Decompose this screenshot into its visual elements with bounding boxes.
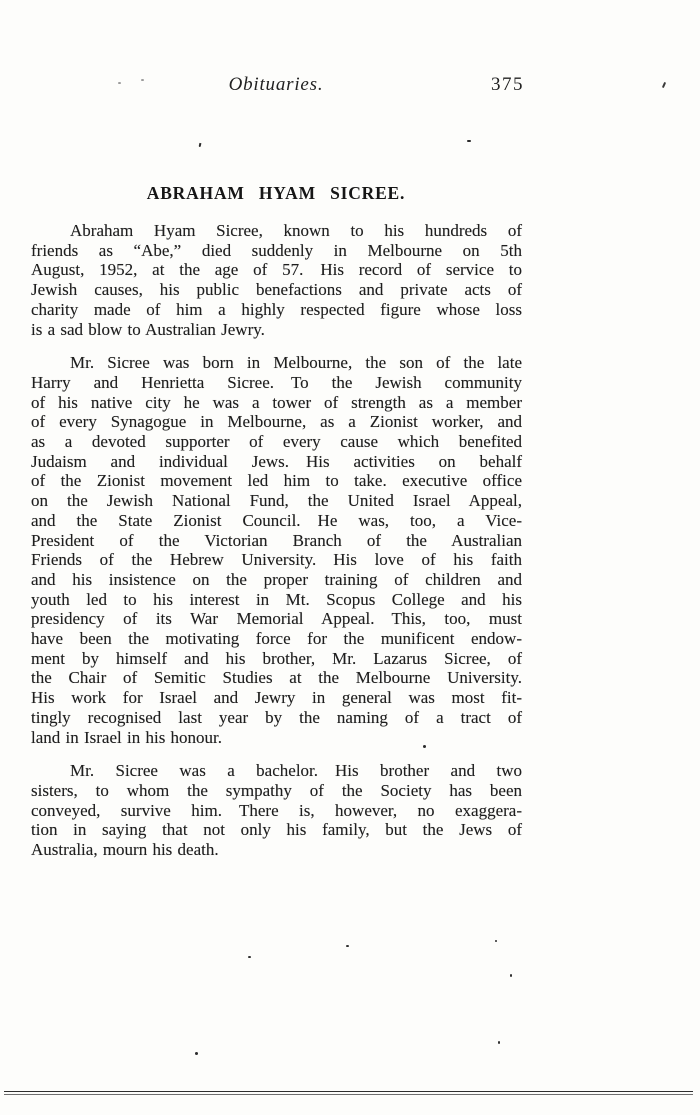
text-line: the Chair of Semitic Studies at the Melb… xyxy=(31,668,522,688)
text-line: Mr. Sicree was born in Melbourne, the so… xyxy=(31,353,522,373)
text-line: youth led to his interest in Mt. Scopus … xyxy=(31,590,522,610)
text-line: Friends of the Hebrew University. His lo… xyxy=(31,550,522,570)
ink-speck xyxy=(248,956,251,958)
ink-speck xyxy=(495,940,497,942)
bottom-double-rule xyxy=(4,1091,693,1095)
text-line: is a sad blow to Australian Jewry. xyxy=(31,320,522,340)
text-line: of every Synagogue in Melbourne, as a Zi… xyxy=(31,412,522,432)
text-line: August, 1952, at the age of 57. His reco… xyxy=(31,260,522,280)
text-line: ment by himself and his brother, Mr. Laz… xyxy=(31,649,522,669)
ink-speck xyxy=(346,945,349,947)
paragraph: Mr. Sicree was a bachelor. His brother a… xyxy=(31,761,522,860)
text-line: Abraham Hyam Sicree, known to his hundre… xyxy=(31,221,522,241)
text-line: and the State Zionist Council. He was, t… xyxy=(31,511,522,531)
text-line: Harry and Henrietta Sicree. To the Jewis… xyxy=(31,373,522,393)
text-line: on the Jewish National Fund, the United … xyxy=(31,491,522,511)
text-line: charity made of him a highly respected f… xyxy=(31,300,522,320)
ink-speck xyxy=(141,79,144,81)
text-line: have been the motivating force for the m… xyxy=(31,629,522,649)
ink-speck xyxy=(423,745,426,748)
text-line: sisters, to whom the sympathy of the Soc… xyxy=(31,781,522,801)
text-line: presidency of its War Memorial Appeal. T… xyxy=(31,609,522,629)
document-page: Obituaries. 375 ABRAHAM HYAM SICREE. Abr… xyxy=(0,0,700,1115)
text-line: tingly recognised last year by the namin… xyxy=(31,708,522,728)
page-number: 375 xyxy=(491,74,524,96)
ink-speck xyxy=(498,1041,500,1044)
paragraph: Abraham Hyam Sicree, known to his hundre… xyxy=(31,221,522,339)
text-line: as a devoted supporter of every cause wh… xyxy=(31,432,522,452)
article-body: Abraham Hyam Sicree, known to his hundre… xyxy=(31,221,522,874)
text-line: and his insistence on the proper trainin… xyxy=(31,570,522,590)
text-line: land in Israel in his honour. xyxy=(31,728,522,748)
text-line: Mr. Sicree was a bachelor. His brother a… xyxy=(31,761,522,781)
ink-speck xyxy=(195,1052,198,1055)
text-line: His work for Israel and Jewry in general… xyxy=(31,688,522,708)
ink-speck xyxy=(467,140,471,142)
text-line: tion in saying that not only his family,… xyxy=(31,820,522,840)
text-line: Judaism and individual Jews. His activit… xyxy=(31,452,522,472)
text-line: Jewish causes, his public benefactions a… xyxy=(31,280,522,300)
article-title: ABRAHAM HYAM SICREE. xyxy=(30,183,522,204)
ink-speck xyxy=(662,82,666,88)
ink-speck xyxy=(199,143,202,147)
text-line: of his native city he was a tower of str… xyxy=(31,393,522,413)
text-line: friends as “Abe,” died suddenly in Melbo… xyxy=(31,241,522,261)
text-line: Australia, mourn his death. xyxy=(31,840,522,860)
ink-speck xyxy=(118,82,121,84)
ink-speck xyxy=(510,974,512,977)
text-line: conveyed, survive him. There is, however… xyxy=(31,801,522,821)
paragraph: Mr. Sicree was born in Melbourne, the so… xyxy=(31,353,522,747)
running-header-title: Obituaries. xyxy=(30,74,522,96)
text-line: of the Zionist movement led him to take.… xyxy=(31,471,522,491)
text-line: President of the Victorian Branch of the… xyxy=(31,531,522,551)
